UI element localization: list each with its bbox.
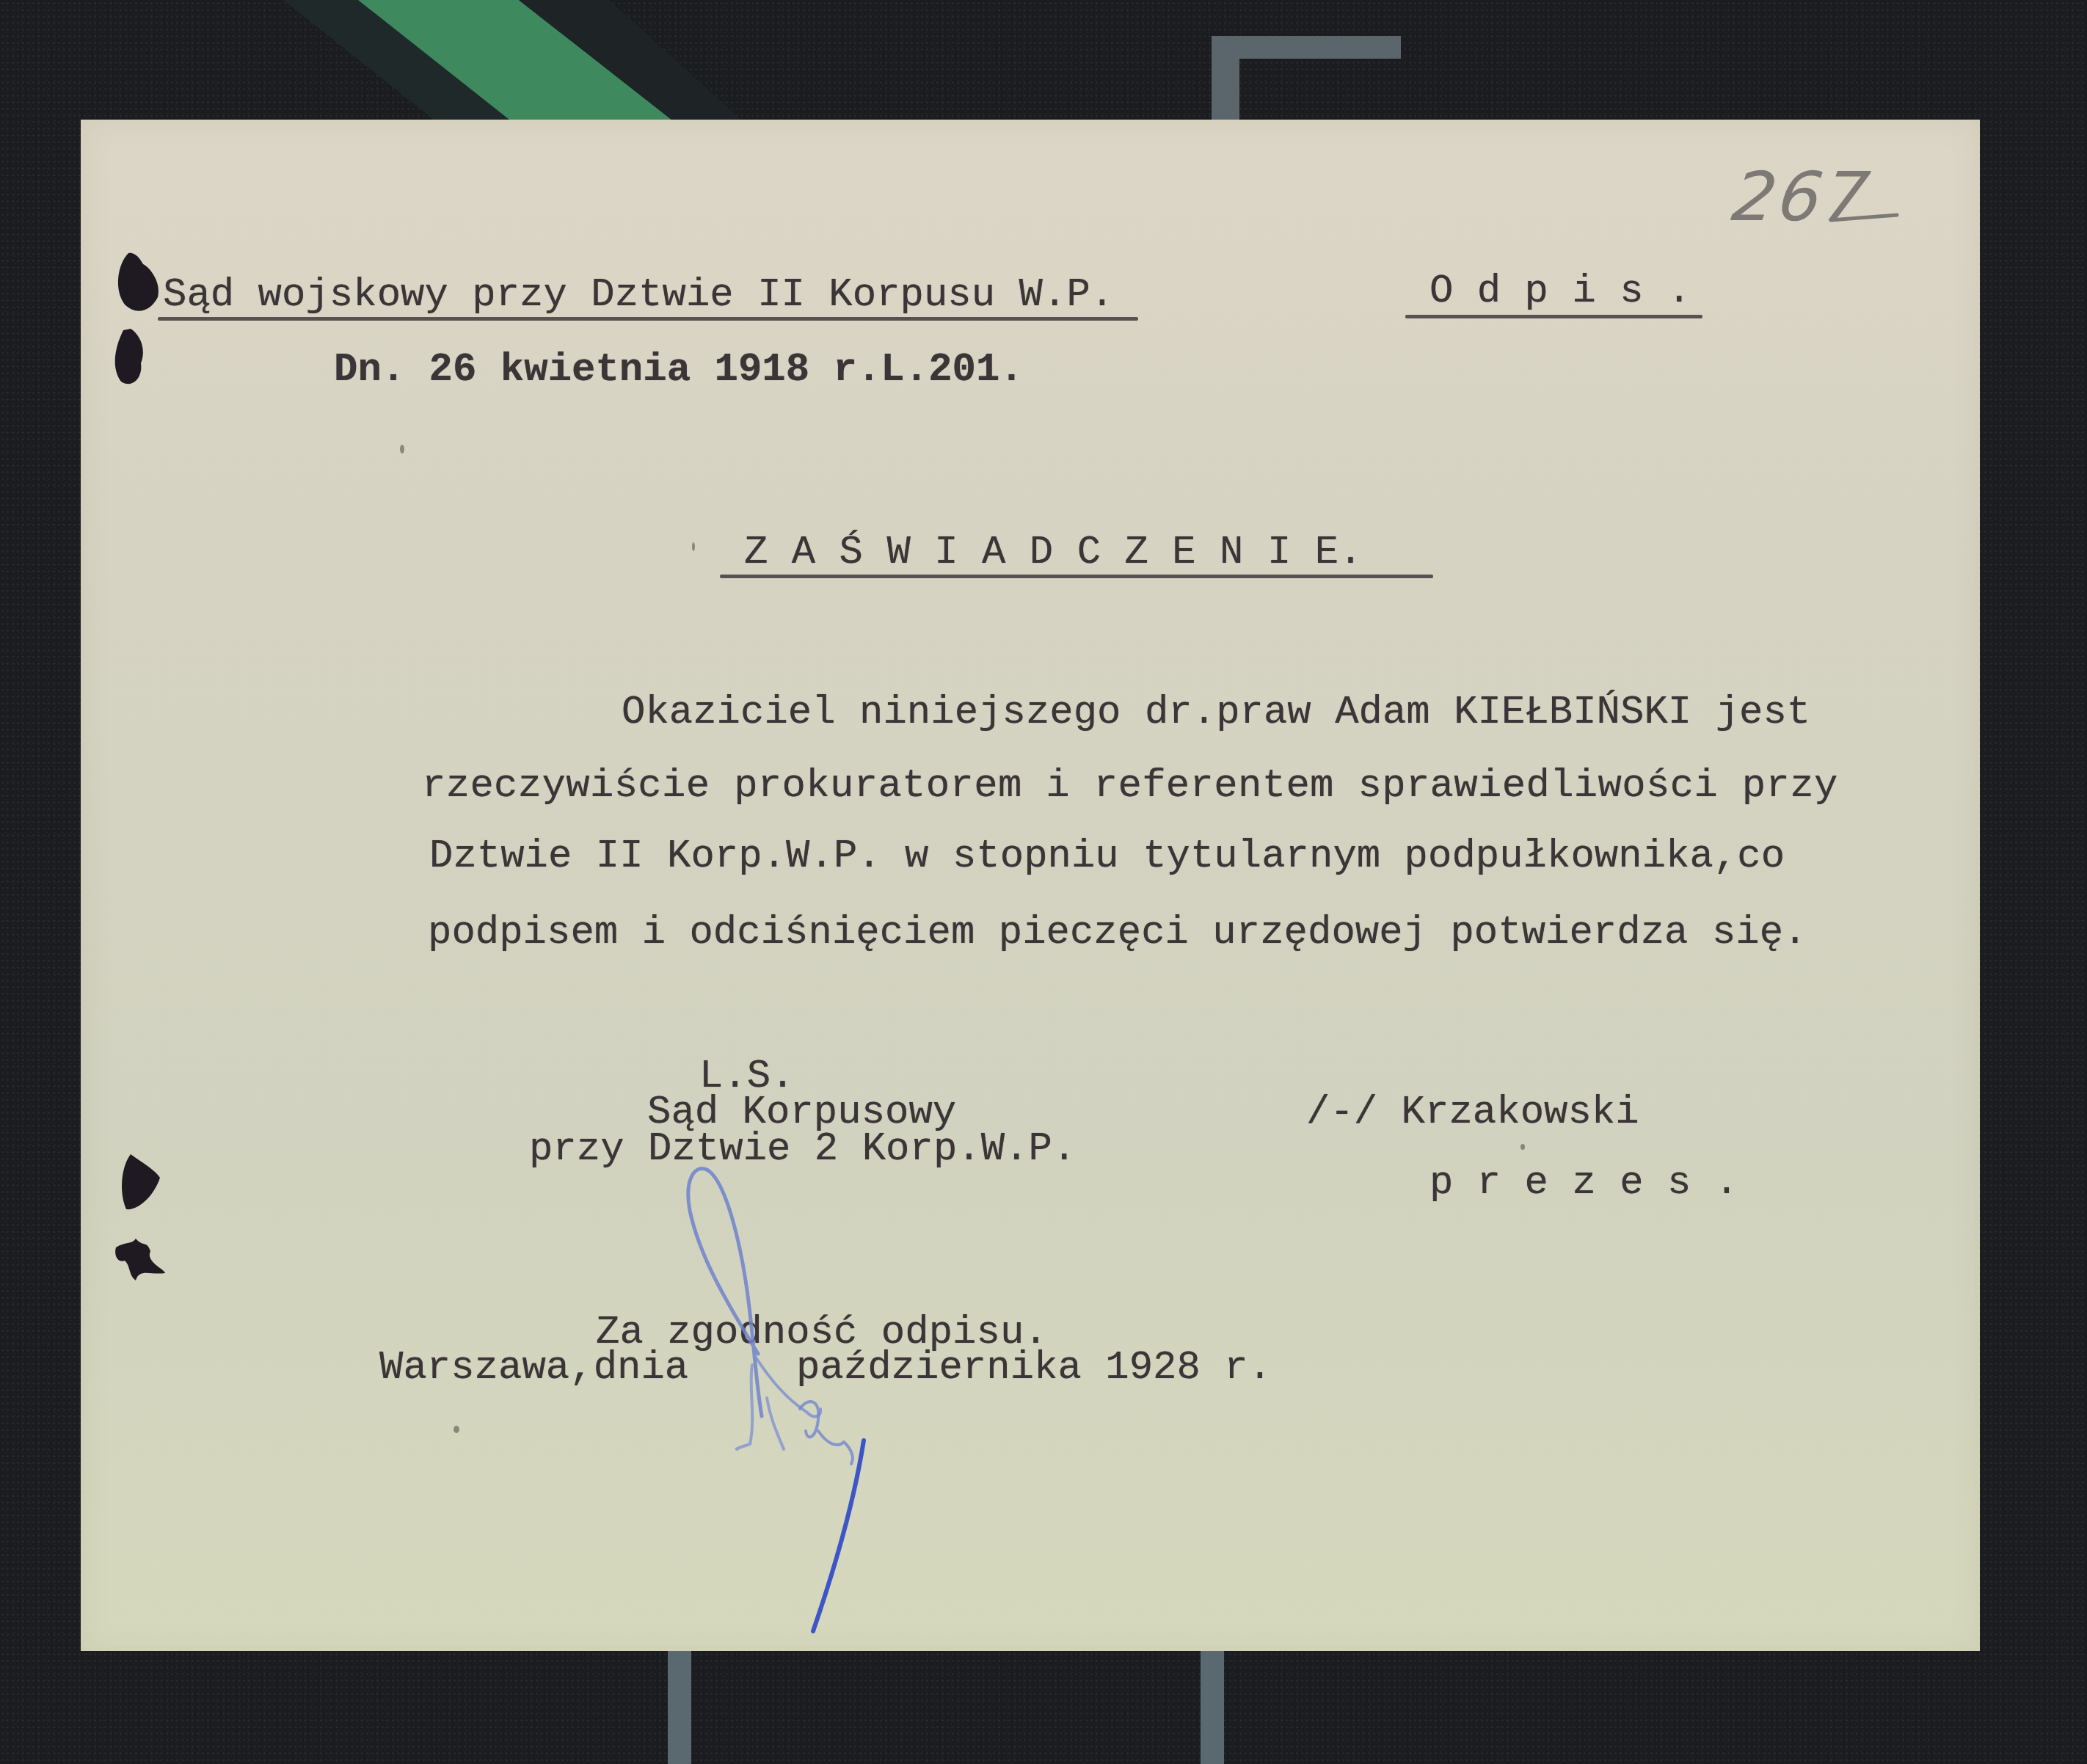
paper-specks [0,0,2087,1764]
